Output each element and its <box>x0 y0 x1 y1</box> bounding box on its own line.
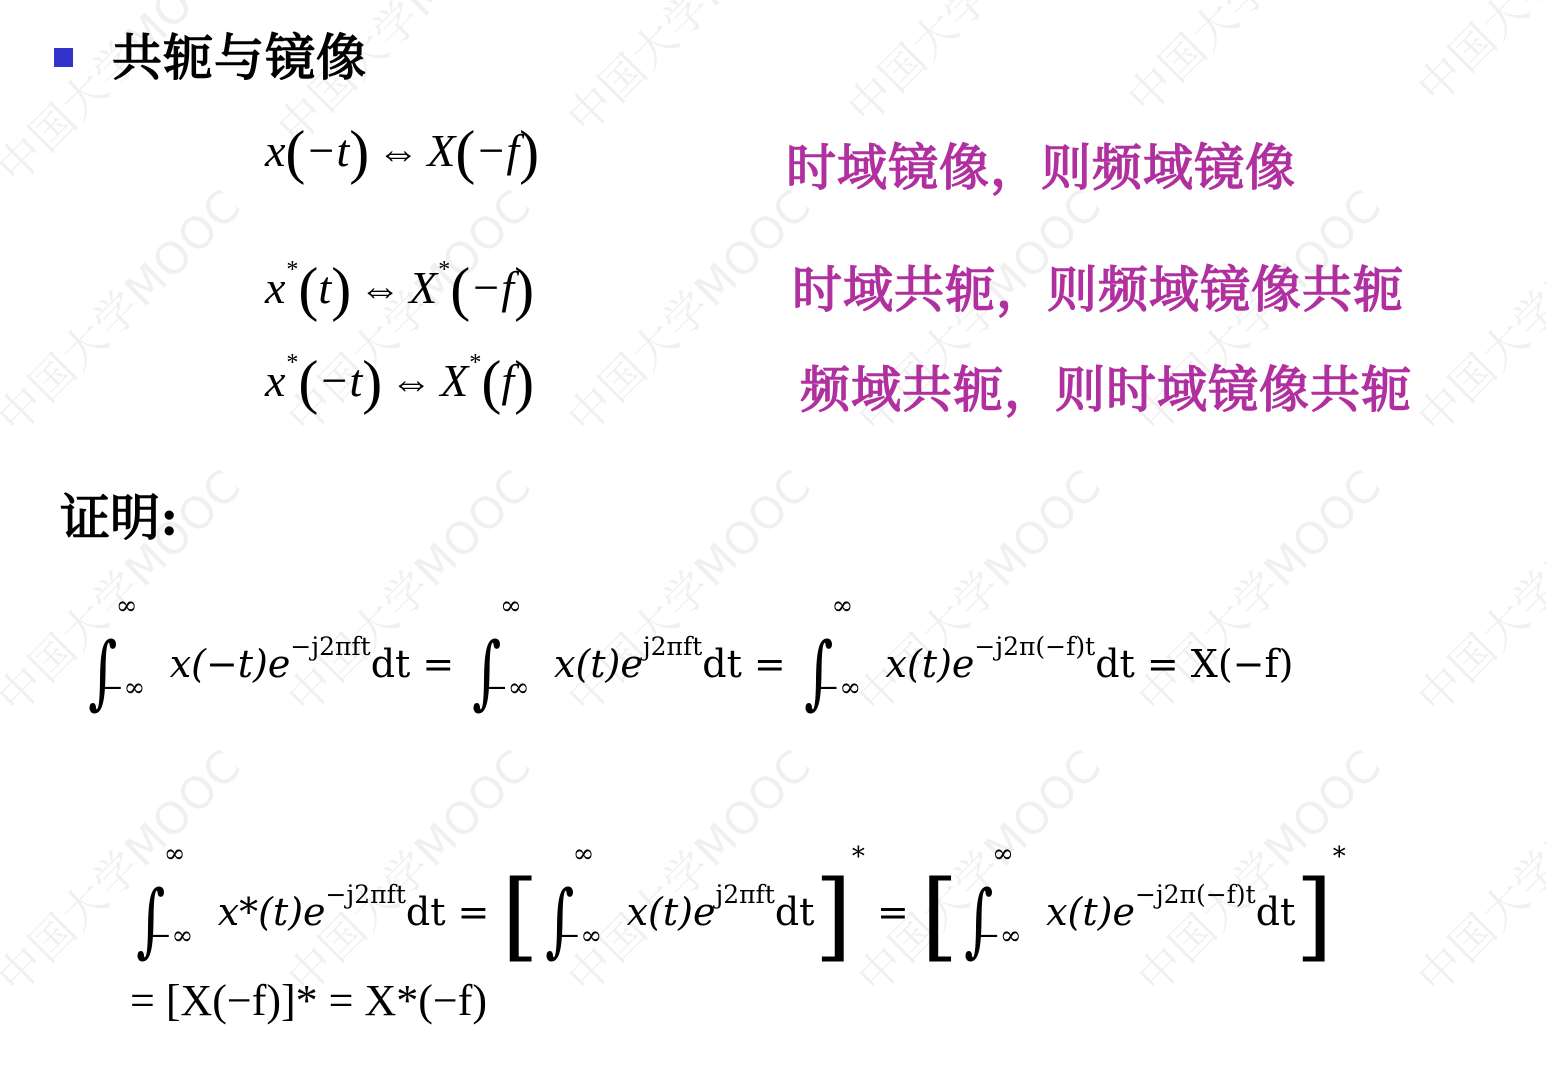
property-description-conjugate: 时域共轭，则频域镜像共轭 <box>792 250 1404 322</box>
property-description-mirror-conjugate: 频域共轭，则时域镜像共轭 <box>800 350 1412 422</box>
integral-sign: ∫ <box>88 625 117 718</box>
property-formula-mirror-conjugate: x*(−t)⇔X*(f) <box>265 348 534 417</box>
property-formula-mirror: x(−t)⇔X(−f) <box>265 118 539 187</box>
property-formula-conjugate: x*(t)⇔X*(−f) <box>265 255 534 324</box>
bullet-square-icon <box>54 48 73 67</box>
integral-sign: ∫ <box>965 873 994 966</box>
integral-sign: ∫ <box>545 873 574 966</box>
proof-equation-2: ∫∞−∞x*(t)e−j2πftdt = [∫∞−∞x(t)ej2πftdt]*… <box>130 842 1346 972</box>
integral-sign: ∫ <box>136 873 165 966</box>
proof-label: 证明: <box>60 478 178 550</box>
slide-title: 共轭与镜像 <box>112 18 367 90</box>
proof-equation-1: ∫∞−∞x(−t)e−j2πftdt = ∫∞−∞x(t)ej2πftdt = … <box>82 625 1293 718</box>
proof-equation-3: = [X(−f)]* = X*(−f) <box>130 975 487 1026</box>
slide: 共轭与镜像 x(−t)⇔X(−f) 时域镜像，则频域镜像 x*(t)⇔X*(−f… <box>0 0 1546 1076</box>
integral-sign: ∫ <box>804 625 833 718</box>
integral-sign: ∫ <box>473 625 502 718</box>
property-description-mirror: 时域镜像，则频域镜像 <box>786 128 1296 200</box>
